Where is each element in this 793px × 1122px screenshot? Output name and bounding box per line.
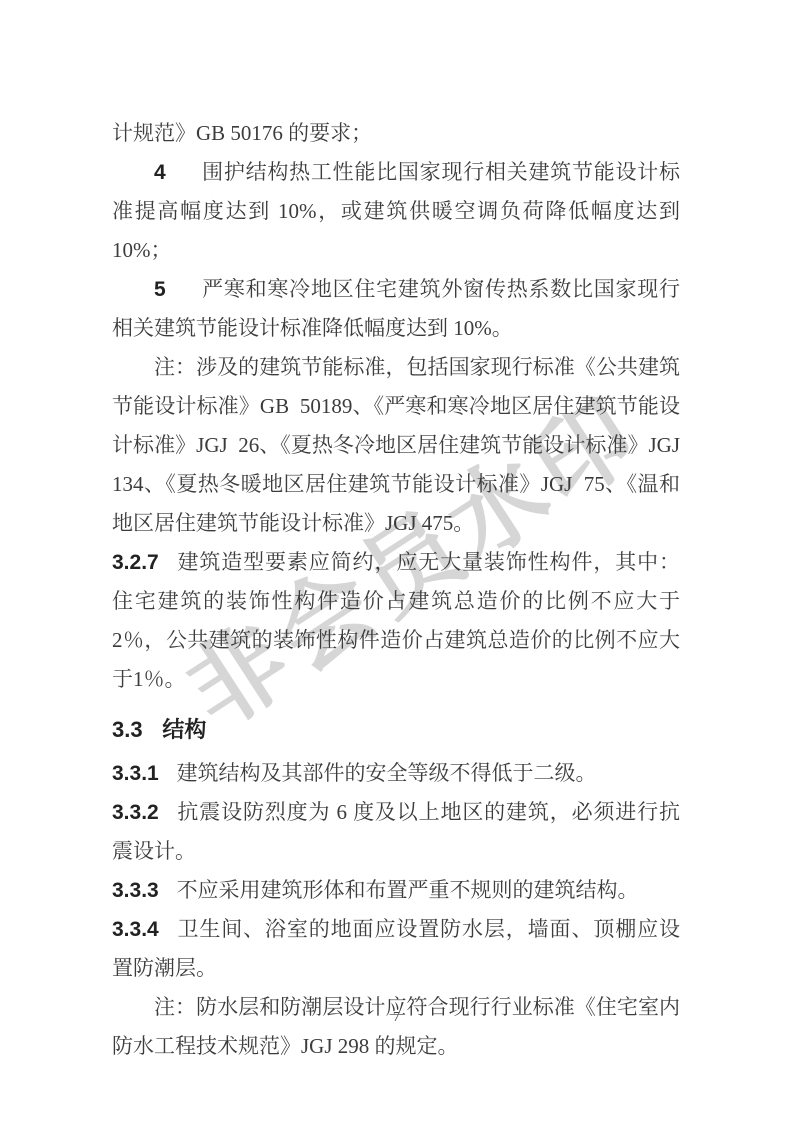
paragraph-text: 抗震设防烈度为 6 度及以上地区的建筑，必须进行抗震设计。 xyxy=(112,800,680,863)
paragraph-text: 建筑造型要素应简约，应无大量装饰性构件，其中：住宅建筑的装饰性构件造价占建筑总造… xyxy=(112,550,685,691)
clause-paragraph: 3.3.4卫生间、浴室的地面应设置防水层，墙面、顶棚应设置防潮层。 xyxy=(112,910,680,988)
paragraph-text: 围护结构热工性能比国家现行相关建筑节能设计标准提高幅度达到 10%，或建筑供暖空… xyxy=(112,160,685,262)
numbered-item-paragraph: 5严寒和寒冷地区住宅建筑外窗传热系数比国家现行相关建筑节能设计标准降低幅度达到 … xyxy=(112,270,680,348)
numbered-item-paragraph: 4围护结构热工性能比国家现行相关建筑节能设计标准提高幅度达到 10%，或建筑供暖… xyxy=(112,153,680,270)
continuation-paragraph: 计规范》GB 50176 的要求； xyxy=(112,114,680,153)
clause-paragraph: 3.3.2抗震设防烈度为 6 度及以上地区的建筑，必须进行抗震设计。 xyxy=(112,793,680,871)
clause-number: 3.3.4 xyxy=(112,918,159,941)
paragraph-text: 建筑结构及其部件的安全等级不得低于二级。 xyxy=(177,761,597,785)
paragraph-text: 计规范》GB 50176 的要求； xyxy=(112,121,372,145)
item-number: 5 xyxy=(154,278,166,301)
section-heading: 3.3结构 xyxy=(112,710,680,749)
paragraph-text: 不应采用建筑形体和布置严重不规则的建筑结构。 xyxy=(177,878,639,902)
clause-paragraph: 3.3.1建筑结构及其部件的安全等级不得低于二级。 xyxy=(112,754,680,793)
page-number: 7 xyxy=(393,1010,400,1025)
clause-paragraph: 3.2.7建筑造型要素应简约，应无大量装饰性构件，其中：住宅建筑的装饰性构件造价… xyxy=(112,543,680,699)
clause-number: 3.2.7 xyxy=(112,551,159,574)
note-paragraph: 注：涉及的建筑节能标准，包括国家现行标准《公共建筑节能设计标准》GB 50189… xyxy=(112,348,680,543)
section-number: 3.3 xyxy=(112,717,143,742)
paragraph-text: 卫生间、浴室的地面应设置防水层，墙面、顶棚应设置防潮层。 xyxy=(112,917,680,980)
clause-number: 3.3.2 xyxy=(112,801,159,824)
clause-paragraph: 3.3.3不应采用建筑形体和布置严重不规则的建筑结构。 xyxy=(112,871,680,910)
note-paragraph: 注：防水层和防潮层设计应符合现行行业标准《住宅室内防水工程技术规范》JGJ 29… xyxy=(112,988,680,1066)
paragraph-text: 严寒和寒冷地区住宅建筑外窗传热系数比国家现行相关建筑节能设计标准降低幅度达到 1… xyxy=(112,277,680,340)
section-title: 结构 xyxy=(162,717,206,742)
clause-number: 3.3.1 xyxy=(112,762,159,785)
clause-number: 3.3.3 xyxy=(112,879,159,902)
document-content: 计规范》GB 50176 的要求；4围护结构热工性能比国家现行相关建筑节能设计标… xyxy=(112,114,680,1066)
item-number: 4 xyxy=(154,161,166,184)
paragraph-text: 注：涉及的建筑节能标准，包括国家现行标准《公共建筑节能设计标准》GB 50189… xyxy=(112,355,691,535)
page-footer: 7 xyxy=(0,1008,793,1026)
paragraph-text: 注：防水层和防潮层设计应符合现行行业标准《住宅室内防水工程技术规范》JGJ 29… xyxy=(112,995,680,1058)
